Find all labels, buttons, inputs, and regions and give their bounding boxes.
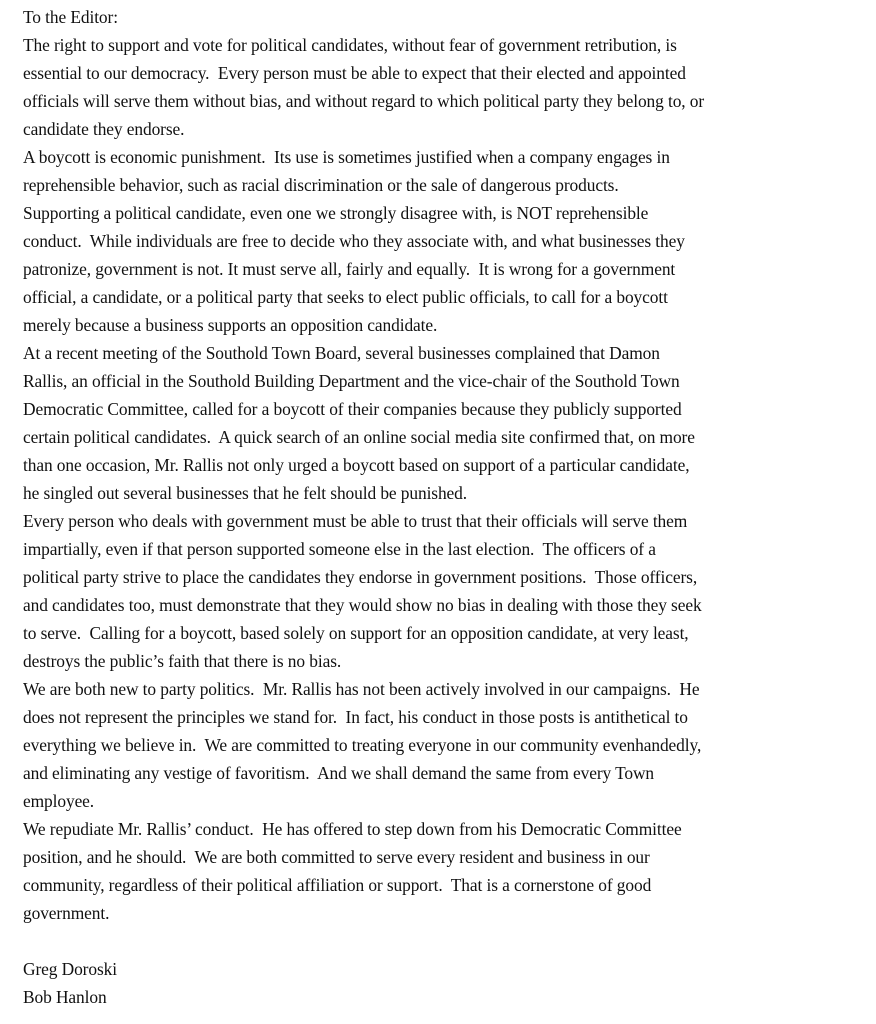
text-line: and candidates too, must demonstrate tha…: [23, 591, 868, 619]
text-line: Rallis, an official in the Southold Buil…: [23, 367, 868, 395]
paragraph-new-to-politics: We are both new to party politics. Mr. R…: [23, 675, 868, 815]
text-line: government.: [23, 899, 868, 927]
text-line: conduct. While individuals are free to d…: [23, 227, 868, 255]
text-line: and eliminating any vestige of favoritis…: [23, 759, 868, 787]
text-line: essential to our democracy. Every person…: [23, 59, 868, 87]
text-line: he singled out several businesses that h…: [23, 479, 868, 507]
text-line: At a recent meeting of the Southold Town…: [23, 339, 868, 367]
text-line: reprehensible behavior, such as racial d…: [23, 171, 868, 199]
text-line: We are both new to party politics. Mr. R…: [23, 675, 868, 703]
text-line: political party strive to place the cand…: [23, 563, 868, 591]
text-line: Every person who deals with government m…: [23, 507, 868, 535]
paragraph-town-board-meeting: At a recent meeting of the Southold Town…: [23, 339, 868, 507]
text-line: employee.: [23, 787, 868, 815]
text-line: to serve. Calling for a boycott, based s…: [23, 619, 868, 647]
text-line: does not represent the principles we sta…: [23, 703, 868, 731]
paragraph-impartiality: Every person who deals with government m…: [23, 507, 868, 675]
text-line: position, and he should. We are both com…: [23, 843, 868, 871]
paragraph-boycott: A boycott is economic punishment. Its us…: [23, 143, 868, 339]
text-line: A boycott is economic punishment. Its us…: [23, 143, 868, 171]
text-line: certain political candidates. A quick se…: [23, 423, 868, 451]
text-line: than one occasion, Mr. Rallis not only u…: [23, 451, 868, 479]
text-line: community, regardless of their political…: [23, 871, 868, 899]
text-line: official, a candidate, or a political pa…: [23, 283, 868, 311]
text-line: The right to support and vote for politi…: [23, 31, 868, 59]
text-line: officials will serve them without bias, …: [23, 87, 868, 115]
paragraph-repudiation: We repudiate Mr. Rallis’ conduct. He has…: [23, 815, 868, 927]
text-line: patronize, government is not. It must se…: [23, 255, 868, 283]
spacer: [23, 927, 868, 955]
text-line: everything we believe in. We are committ…: [23, 731, 868, 759]
text-line: We repudiate Mr. Rallis’ conduct. He has…: [23, 815, 868, 843]
salutation: To the Editor:: [23, 3, 868, 31]
signature-name: Greg Doroski: [23, 955, 868, 983]
signature-name: Bob Hanlon: [23, 983, 868, 1011]
letter-to-editor: To the Editor: The right to support and …: [23, 3, 868, 1011]
text-line: Supporting a political candidate, even o…: [23, 199, 868, 227]
text-line: destroys the public’s faith that there i…: [23, 647, 868, 675]
paragraph-right-to-vote: The right to support and vote for politi…: [23, 31, 868, 143]
signature-block: Greg Doroski Bob Hanlon: [23, 955, 868, 1011]
text-line: Democratic Committee, called for a boyco…: [23, 395, 868, 423]
text-line: candidate they endorse.: [23, 115, 868, 143]
text-line: impartially, even if that person support…: [23, 535, 868, 563]
text-line: merely because a business supports an op…: [23, 311, 868, 339]
